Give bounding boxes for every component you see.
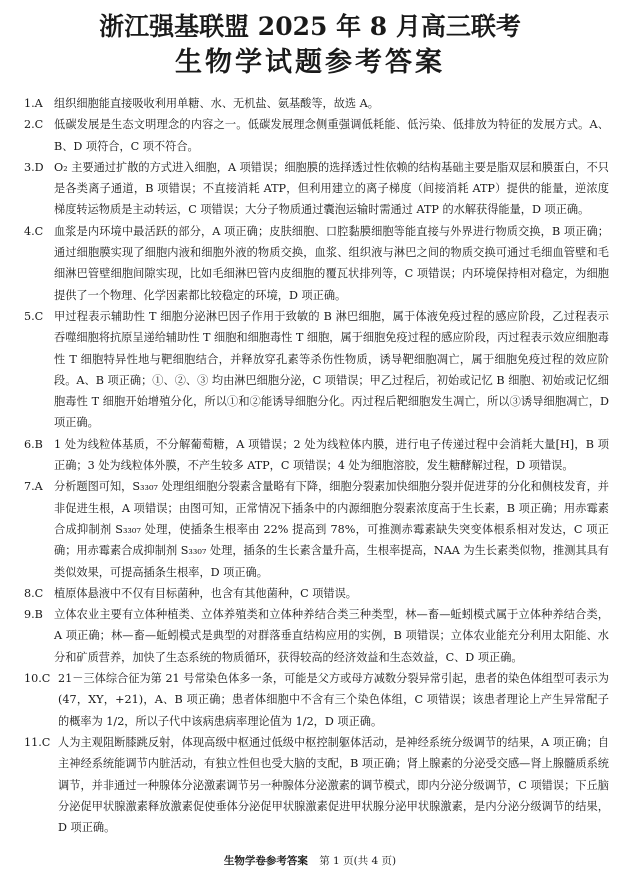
answer-item-8: 8.C 植原体悬液中不仅有目标菌种，也含有其他菌种，C 项错误。 — [24, 583, 609, 604]
exam-title: 浙江强基联盟 2025 年 8 月高三联考 — [0, 12, 620, 42]
answer-item-2: 2.C 低碳发展是生态文明理念的内容之一。低碳发展理念侧重强调低耗能、低污染、低… — [24, 114, 609, 157]
answer-explanation: 立体农业主要有立体种植类、立体养殖类和立体种养结合类三种类型，林—畜—蚯蚓模式属… — [54, 608, 609, 664]
answer-item-4: 4.C 血浆是内环境中最活跃的部分，A 项正确；皮肤细胞、口腔黏膜细胞等能直接与… — [24, 221, 609, 306]
answer-item-9: 9.B 立体农业主要有立体种植类、立体养殖类和立体种养结合类三种类型，林—畜—蚯… — [24, 604, 609, 668]
answer-explanation: 分析题图可知，S₃₃₀₇ 处理组细胞分裂素含量略有下降，细胞分裂素加快细胞分裂并… — [54, 480, 609, 578]
answer-list: 1.A 组织细胞能直接吸收利用单糖、水、无机盐、氨基酸等，故选 A。 2.C 低… — [24, 93, 609, 838]
answer-explanation: O₂ 主要通过扩散的方式进入细胞，A 项错误；细胞膜的选择透过性依赖的结构基础主… — [54, 161, 609, 217]
answer-item-7: 7.A 分析题图可知，S₃₃₀₇ 处理组细胞分裂素含量略有下降，细胞分裂素加快细… — [24, 476, 609, 582]
document-title: 生物学试题参考答案 — [0, 46, 620, 80]
answer-explanation: 血浆是内环境中最活跃的部分，A 项正确；皮肤细胞、口腔黏膜细胞等能直接与外界进行… — [54, 225, 609, 302]
answer-number: 6.B — [24, 434, 54, 455]
answer-explanation: 甲过程表示辅助性 T 细胞分泌淋巴因子作用于致敏的 B 淋巴细胞，属于体液免疫过… — [54, 310, 609, 429]
answer-number: 2.C — [24, 114, 54, 135]
answer-number: 10.C — [24, 668, 58, 689]
footer-doc-name: 生物学卷参考答案 — [224, 855, 308, 867]
answer-number: 8.C — [24, 583, 54, 604]
answer-item-10: 10.C 21－三体综合征为第 21 号常染色体多一条，可能是父方或母方减数分裂… — [24, 668, 609, 732]
answer-explanation: 组织细胞能直接吸收利用单糖、水、无机盐、氨基酸等，故选 A。 — [54, 97, 379, 110]
answer-explanation: 1 处为线粒体基质，不分解葡萄糖，A 项错误；2 处为线粒体内膜，进行电子传递过… — [54, 438, 609, 472]
answer-item-1: 1.A 组织细胞能直接吸收利用单糖、水、无机盐、氨基酸等，故选 A。 — [24, 93, 609, 114]
answer-number: 1.A — [24, 93, 54, 114]
answer-number: 9.B — [24, 604, 54, 625]
answer-item-3: 3.D O₂ 主要通过扩散的方式进入细胞，A 项错误；细胞膜的选择透过性依赖的结… — [24, 157, 609, 221]
answer-explanation: 21－三体综合征为第 21 号常染色体多一条，可能是父方或母方减数分裂异常引起，… — [58, 672, 609, 728]
answer-item-11: 11.C 人为主观阻断膝跳反射，体现高级中枢通过低级中枢控制躯体活动，是神经系统… — [24, 732, 609, 838]
answer-item-5: 5.C 甲过程表示辅助性 T 细胞分泌淋巴因子作用于致敏的 B 淋巴细胞，属于体… — [24, 306, 609, 434]
answer-explanation: 植原体悬液中不仅有目标菌种，也含有其他菌种，C 项错误。 — [54, 587, 357, 600]
answer-number: 11.C — [24, 732, 58, 753]
page-number: 第 1 页(共 4 页) — [319, 855, 396, 867]
answer-number: 3.D — [24, 157, 54, 178]
answer-explanation: 低碳发展是生态文明理念的内容之一。低碳发展理念侧重强调低耗能、低污染、低排放为特… — [54, 118, 609, 152]
answer-item-6: 6.B 1 处为线粒体基质，不分解葡萄糖，A 项错误；2 处为线粒体内膜，进行电… — [24, 434, 609, 477]
page-footer: 生物学卷参考答案 第 1 页(共 4 页) — [0, 853, 620, 869]
answer-explanation: 人为主观阻断膝跳反射，体现高级中枢通过低级中枢控制躯体活动，是神经系统分级调节的… — [58, 736, 609, 834]
answer-number: 5.C — [24, 306, 54, 327]
answer-number: 4.C — [24, 221, 54, 242]
answer-number: 7.A — [24, 476, 54, 497]
